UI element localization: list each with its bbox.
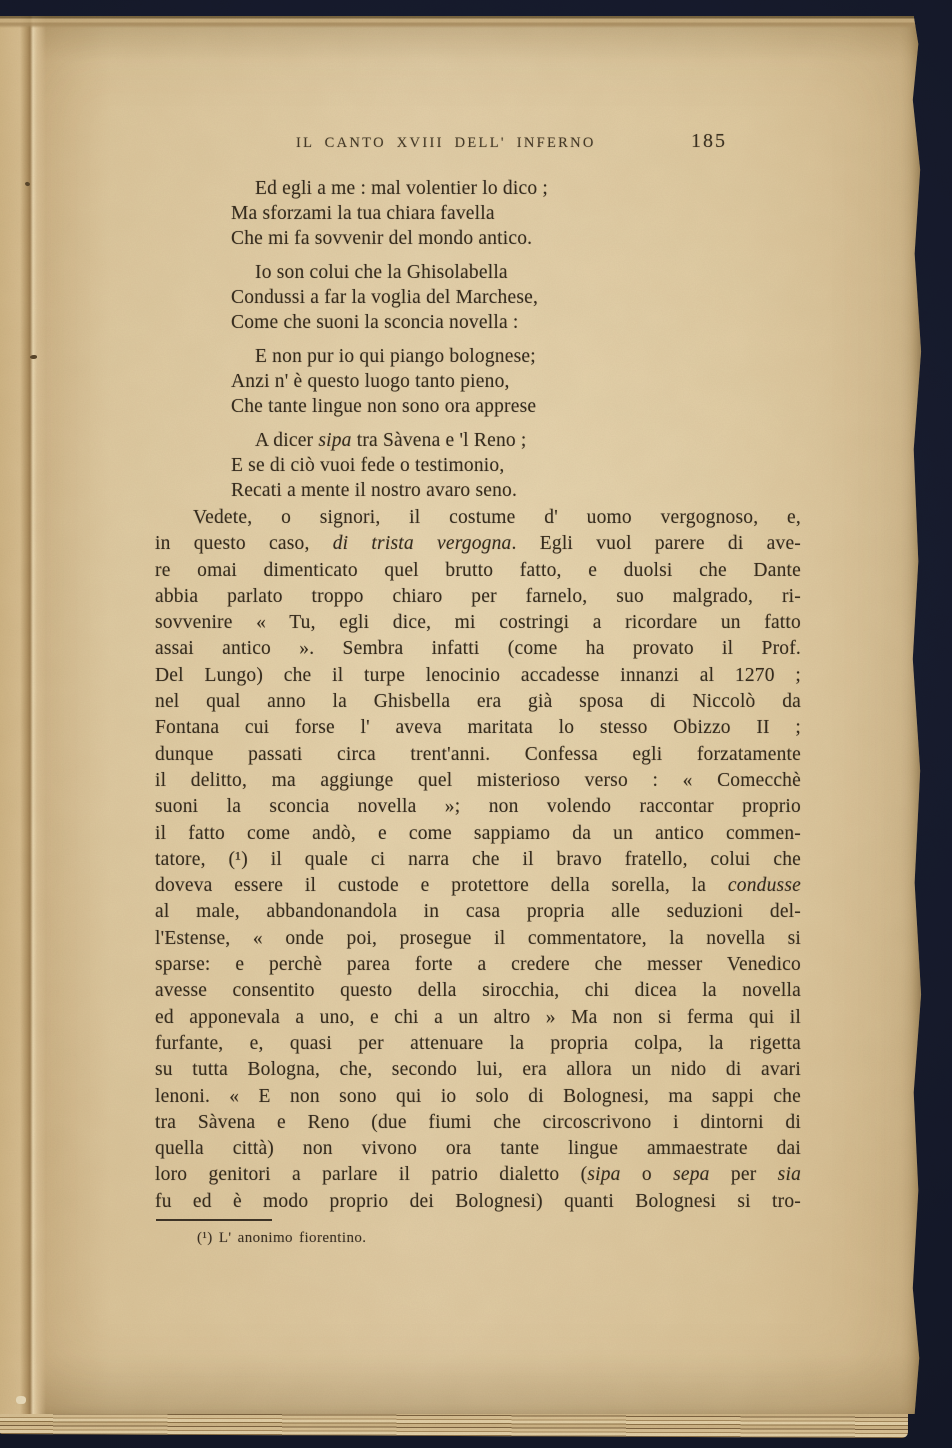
prose-paragraph: Vedete, o signori, il costume d' uomo ve… xyxy=(155,505,801,1215)
paper-curl xyxy=(16,1396,26,1404)
verse-line: E non pur io qui piango bolognese; xyxy=(231,344,791,369)
prose-line: tatore, (¹) il quale ci narra che il bra… xyxy=(155,847,801,873)
prose-line: quella città) non vivono ora tante lingu… xyxy=(155,1136,801,1162)
verse-line: Che mi fa sovvenir del mondo antico. xyxy=(231,226,791,251)
verse-line: Io son colui che la Ghisolabella xyxy=(231,260,791,285)
prose-line: avesse consentito questo della sirocchia… xyxy=(155,978,801,1004)
ink-speck xyxy=(30,355,37,359)
prose-line: su tutta Bologna, che, secondo lui, era … xyxy=(155,1057,801,1083)
verse-line: Che tante lingue non sono ora apprese xyxy=(231,394,791,419)
stanza: Io son colui che la GhisolabellaCondussi… xyxy=(231,260,791,335)
prose-line: al male, abbandonandola in casa propria … xyxy=(155,899,801,925)
prose-line: abbia parlato troppo chiaro per farnelo,… xyxy=(155,584,801,610)
verse-line: Anzi n' è questo luogo tanto pieno, xyxy=(231,369,791,394)
book-page: IL CANTO XVIII DELL' INFERNO 185 Ed egli… xyxy=(0,16,922,1414)
footnote-rule xyxy=(156,1219,272,1221)
page-number: 185 xyxy=(691,130,727,153)
verse-line: Come che suoni la sconcia novella : xyxy=(231,310,791,335)
verse-line: A dicer sipa tra Sàvena e 'l Reno ; xyxy=(231,428,791,453)
prose-line: fu ed è modo proprio dei Bolognesi) quan… xyxy=(155,1189,801,1215)
prose-line: furfante, e, quasi per attenuare la prop… xyxy=(155,1031,801,1057)
verse-line: E se di ciò vuoi fede o testimonio, xyxy=(231,453,791,478)
prose-line: re omai dimenticato quel brutto fatto, e… xyxy=(155,558,801,584)
verse-line: Ma sforzami la tua chiara favella xyxy=(231,201,791,226)
prose-line: il fatto come andò, e come sappiamo da u… xyxy=(155,821,801,847)
stanza: Ed egli a me : mal volentier lo dico ;Ma… xyxy=(231,176,791,251)
verse-line: Ed egli a me : mal volentier lo dico ; xyxy=(231,176,791,201)
book-scan: IL CANTO XVIII DELL' INFERNO 185 Ed egli… xyxy=(0,0,952,1448)
verse-line: Recati a mente il nostro avaro seno. xyxy=(231,478,791,503)
page-top-edge xyxy=(0,16,922,28)
prose-line: lenoni. « E non sono qui io solo di Bolo… xyxy=(155,1084,801,1110)
footnote-text: (¹) L' anonimo fiorentino. xyxy=(197,1230,366,1247)
prose-line: suoni la sconcia novella »; non volendo … xyxy=(155,794,801,820)
prose-line: Vedete, o signori, il costume d' uomo ve… xyxy=(155,505,801,531)
prose-line: assai antico ». Sembra infatti (come ha … xyxy=(155,636,801,662)
prose-line: Del Lungo) che il turpe lenocinio accade… xyxy=(155,663,801,689)
prose-line: sparse: e perchè parea forte a credere c… xyxy=(155,952,801,978)
gutter-crease xyxy=(0,16,46,1414)
running-title: IL CANTO XVIII DELL' INFERNO xyxy=(296,135,596,152)
prose-line: in questo caso, di trista vergogna. Egli… xyxy=(155,531,801,557)
page-header: IL CANTO XVIII DELL' INFERNO 185 xyxy=(0,130,922,160)
prose-line: Fontana cui forse l' aveva maritata lo s… xyxy=(155,715,801,741)
prose-line: l'Estense, « onde poi, prosegue il comme… xyxy=(155,926,801,952)
prose-line: il delitto, ma aggiunge quel misterioso … xyxy=(155,768,801,794)
verse-section: Ed egli a me : mal volentier lo dico ;Ma… xyxy=(231,176,791,512)
prose-line: ed apponevala a uno, e chi a un altro » … xyxy=(155,1005,801,1031)
stanza: E non pur io qui piango bolognese;Anzi n… xyxy=(231,344,791,419)
prose-line: sovvenire « Tu, egli dice, mi costringi … xyxy=(155,610,801,636)
prose-line: loro genitori a parlare il patrio dialet… xyxy=(155,1162,801,1188)
prose-line: dunque passati circa trent'anni. Confess… xyxy=(155,742,801,768)
stanza: A dicer sipa tra Sàvena e 'l Reno ;E se … xyxy=(231,428,791,503)
prose-line: doveva essere il custode e protettore de… xyxy=(155,873,801,899)
prose-line: nel qual anno la Ghisbella era già sposa… xyxy=(155,689,801,715)
verse-line: Condussi a far la voglia del Marchese, xyxy=(231,285,791,310)
prose-line: tra Sàvena e Reno (due fiumi che circosc… xyxy=(155,1110,801,1136)
